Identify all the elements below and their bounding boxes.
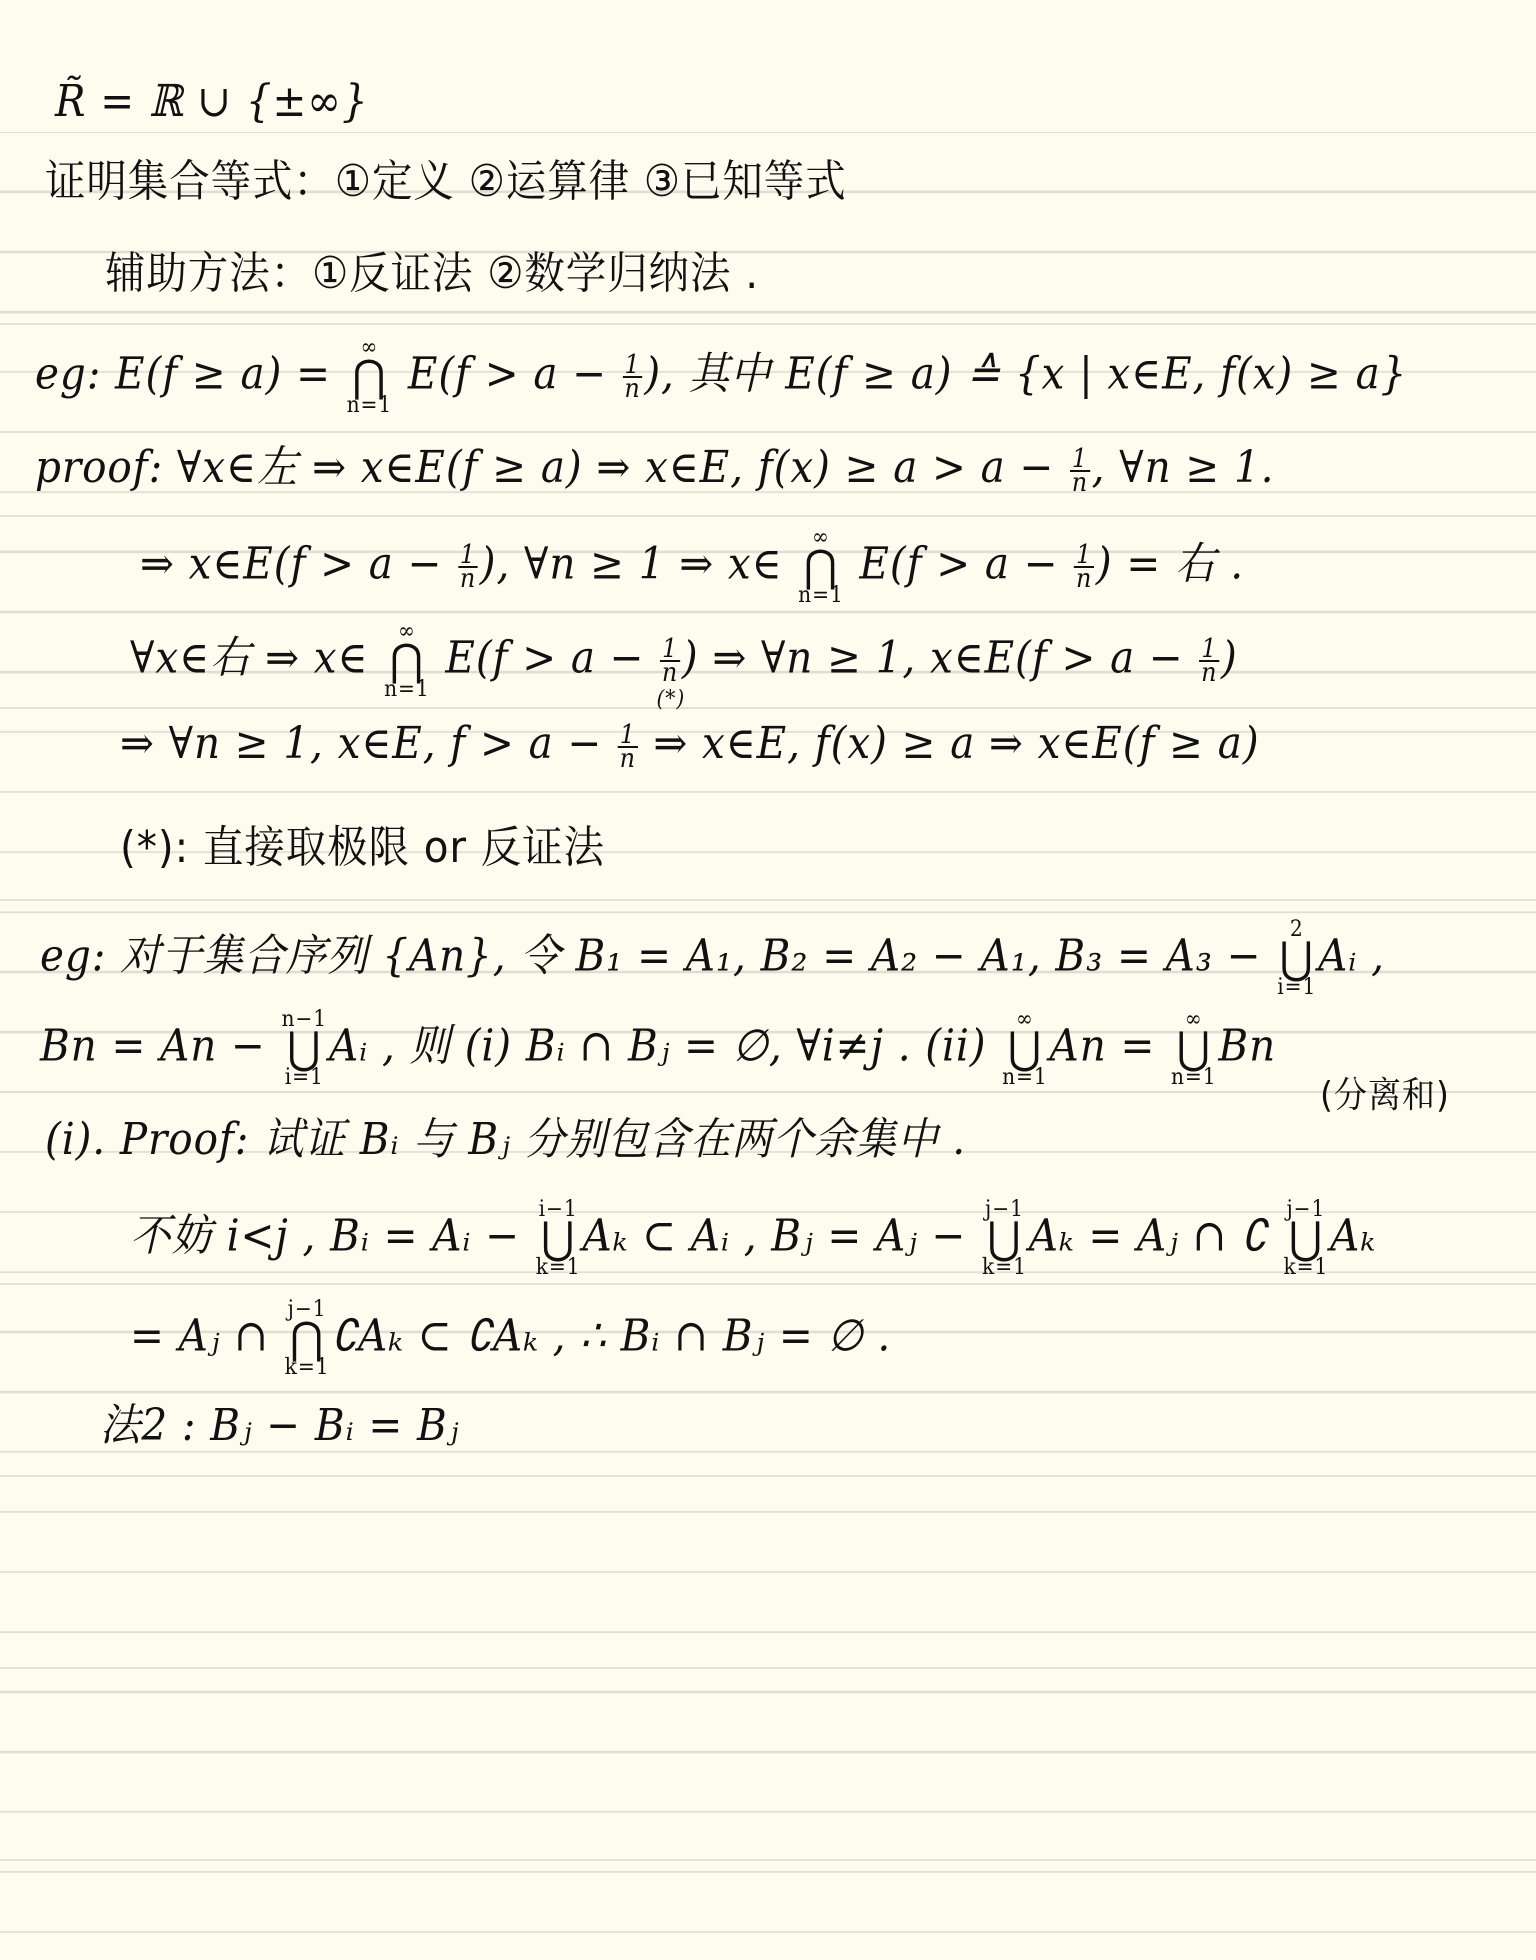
note-line-proof-reverse-2: ⇒ ∀n ≥ 1, x∈E, f > a − 1n (*)⇒ x∈E, f(x)… <box>120 714 1260 774</box>
big-union: ∞⋃n=1 <box>1002 1010 1048 1088</box>
fraction-1-over-n: 1n <box>1199 638 1219 684</box>
fraction-1-over-n: 1n <box>1070 448 1090 494</box>
text-segment: ) <box>1221 633 1238 684</box>
note-line-example-2: eg: 对于集合序列 {An}, 令 B₁ = A₁, B₂ = A₂ − A₁… <box>40 920 1385 998</box>
example-1-prefix: eg: E(f ≥ a) = <box>35 349 345 400</box>
text-segment: An = <box>1050 1021 1170 1072</box>
text-segment: ), ∀n ≥ 1 ⇒ x∈ <box>480 539 797 590</box>
fraction-1-over-n: 1n <box>458 544 478 590</box>
text-segment: ∀x∈右 ⇒ x∈ <box>130 633 382 684</box>
text-segment: Bn = An − <box>40 1021 280 1072</box>
big-intersection: ∞⋂n=1 <box>347 338 393 416</box>
note-line-proof-methods: 证明集合等式：①定义 ②运算律 ③已知等式 <box>45 152 847 212</box>
note-line-auxiliary-methods: 辅助方法：①反证法 ②数学归纳法 . <box>105 244 759 304</box>
extended-reals-definition: = ℝ ∪ {±∞} <box>86 76 368 127</box>
big-intersection: ∞⋂n=1 <box>798 528 844 606</box>
extended-reals-symbol: R̃ <box>55 76 86 127</box>
text-segment: ) = 右 . <box>1096 539 1244 590</box>
big-union: i−1⋃k=1 <box>536 1200 581 1278</box>
example-1-definition: ), 其中 E(f ≥ a) ≙ {x | x∈E, f(x) ≥ a} <box>644 349 1407 400</box>
note-line-proof-i: (i). Proof: 试证 Bᵢ 与 Bⱼ 分别包含在两个余集中 . <box>45 1110 966 1170</box>
example-1-mid: E(f > a − <box>408 349 621 400</box>
text-segment: 不妨 i<j , Bᵢ = Aᵢ − <box>130 1211 534 1262</box>
note-line-extended-reals: R̃ = ℝ ∪ {±∞} <box>55 72 369 132</box>
big-union: j−1⋃k=1 <box>1283 1200 1328 1278</box>
note-line-star-remark: (*): 直接取极限 or 反证法 <box>120 818 605 878</box>
note-line-proof-forward: proof: ∀x∈左 ⇒ x∈E(f ≥ a) ⇒ x∈E, f(x) ≥ a… <box>35 438 1274 498</box>
text-segment: Aᵢ , <box>1318 931 1385 982</box>
text-segment: eg: 对于集合序列 {An}, 令 B₁ = A₁, B₂ = A₂ − A₁… <box>40 931 1275 982</box>
text-segment: ) ⇒ ∀n ≥ 1, x∈E(f > a − <box>682 633 1198 684</box>
text-segment: Aₖ <box>1330 1211 1376 1262</box>
starred-implies-arrow: (*)⇒ <box>653 714 688 774</box>
text-segment: ∁Aₖ ⊂ ∁Aₖ , ∴ Bᵢ ∩ Bⱼ = ∅ . <box>331 1311 891 1362</box>
note-line-proof-i-step1: 不妨 i<j , Bᵢ = Aᵢ − i−1⋃k=1Aₖ ⊂ Aᵢ , Bⱼ =… <box>130 1200 1376 1278</box>
proof-forward-text: proof: ∀x∈左 ⇒ x∈E(f ≥ a) ⇒ x∈E, f(x) ≥ a… <box>35 442 1068 493</box>
fraction-1-over-n: 1n <box>1074 544 1094 590</box>
text-segment: Aₖ ⊂ Aᵢ , Bⱼ = Aⱼ − <box>582 1211 980 1262</box>
fraction-1-over-n: 1n <box>623 354 643 400</box>
text-segment: x∈E, f(x) ≥ a ⇒ x∈E(f ≥ a) <box>688 718 1259 769</box>
note-disjoint-union-label: (分离和) <box>1320 1066 1450 1126</box>
fraction-1-over-n: 1n <box>660 638 680 684</box>
big-intersection: ∞⋂n=1 <box>384 622 430 700</box>
text-segment: Bn <box>1218 1021 1276 1072</box>
text-segment: E(f > a − <box>859 539 1072 590</box>
note-line-example-1: eg: E(f ≥ a) = ∞⋂n=1 E(f > a − 1n), 其中 E… <box>35 338 1407 416</box>
text-segment: Aᵢ , 则 (i) Bᵢ ∩ Bⱼ = ∅, ∀i≠j . (ii) <box>329 1021 1000 1072</box>
note-line-method-2: 法2 : Bⱼ − Bᵢ = Bⱼ <box>100 1396 459 1456</box>
text-segment: Aₖ = Aⱼ ∩ ∁ <box>1029 1211 1268 1262</box>
text-segment: = Aⱼ ∩ <box>130 1311 283 1362</box>
note-line-example-2-claims: Bn = An − n−1⋃i=1Aᵢ , 则 (i) Bᵢ ∩ Bⱼ = ∅,… <box>40 1010 1276 1088</box>
big-intersection: j−1⋂k=1 <box>285 1300 330 1378</box>
text-segment: E(f > a − <box>445 633 658 684</box>
text-segment: ⇒ x∈E(f > a − <box>140 539 456 590</box>
big-union: j−1⋃k=1 <box>982 1200 1027 1278</box>
text-segment: ⇒ ∀n ≥ 1, x∈E, f > a − <box>120 718 616 769</box>
note-line-proof-forward-2: ⇒ x∈E(f > a − 1n), ∀n ≥ 1 ⇒ x∈ ∞⋂n=1 E(f… <box>140 528 1244 606</box>
fraction-1-over-n: 1n <box>618 724 638 770</box>
big-union: 2⋃i=1 <box>1277 920 1316 998</box>
proof-forward-suffix: , ∀n ≥ 1. <box>1092 442 1275 493</box>
note-line-proof-i-step2: = Aⱼ ∩ j−1⋂k=1∁Aₖ ⊂ ∁Aₖ , ∴ Bᵢ ∩ Bⱼ = ∅ … <box>130 1300 891 1378</box>
big-union: ∞⋃n=1 <box>1171 1010 1217 1088</box>
big-union: n−1⋃i=1 <box>281 1010 327 1088</box>
